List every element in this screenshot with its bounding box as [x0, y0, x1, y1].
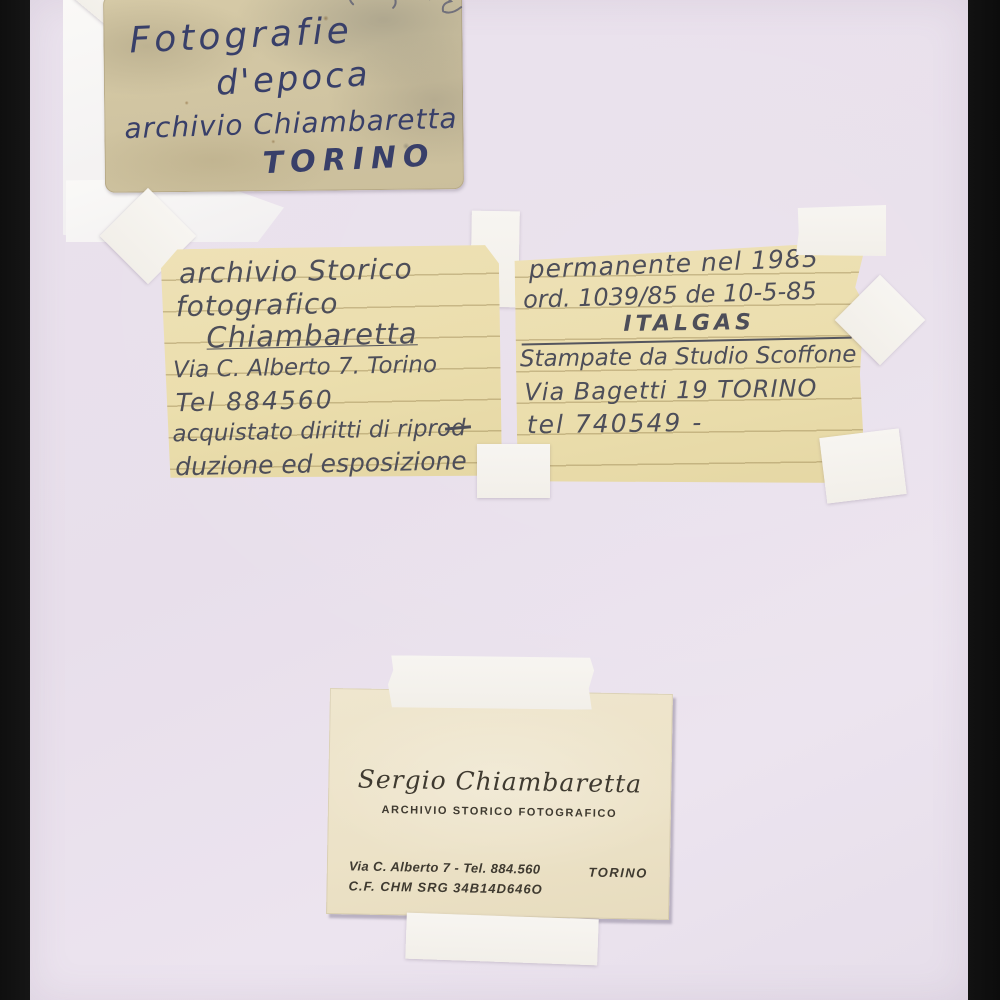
- note-line: Fotografie: [129, 10, 354, 61]
- card-line: ITALGAS: [623, 310, 755, 337]
- tape-piece: [819, 428, 906, 503]
- card-line: duzione ed esposizione: [175, 446, 467, 481]
- card-line: Stampate da Studio Scoffone: [520, 342, 857, 373]
- aged-note: Fotografie d'epoca archivio Chiambaretta…: [103, 0, 464, 193]
- tape-piece: [405, 913, 598, 966]
- business-card-name: Sergio Chiambaretta: [328, 764, 671, 799]
- business-card-address: Via C. Alberto 7 - Tel. 884.560: [349, 858, 541, 876]
- index-card-right: permanente nel 1985 ord. 1039/85 de 10-5…: [514, 242, 866, 488]
- note-line: TORINO: [262, 138, 436, 181]
- album-sheet: Fotografie d'epoca archivio Chiambaretta…: [30, 0, 968, 1000]
- card-line: acquistato diritti di riprod: [172, 415, 472, 447]
- card-line: Via Bagetti 19 TORINO: [524, 374, 817, 406]
- tape-piece: [388, 655, 594, 709]
- cut-off-handwriting: [331, 0, 481, 16]
- card-line: Tel 884560: [176, 385, 334, 417]
- business-card-fiscal-code: C.F. CHM SRG 34B14D646O: [348, 878, 542, 896]
- business-card: Sergio Chiambaretta ARCHIVIO STORICO FOT…: [326, 688, 673, 920]
- note-line: d'epoca: [215, 54, 372, 104]
- index-card-left: archivio Storico fotografico Chiambarett…: [161, 242, 504, 482]
- card-line: archivio Storico: [179, 252, 413, 290]
- card-line: Chiambaretta: [206, 316, 418, 354]
- tape-piece: [477, 444, 550, 498]
- card-line: Via C. Alberto 7. Torino: [173, 352, 437, 384]
- business-card-subtitle: ARCHIVIO STORICO FOTOGRAFICO: [328, 803, 671, 821]
- card-line: tel 740549 -: [527, 408, 704, 439]
- business-card-city: TORINO: [588, 865, 648, 881]
- tape-piece: [796, 205, 886, 256]
